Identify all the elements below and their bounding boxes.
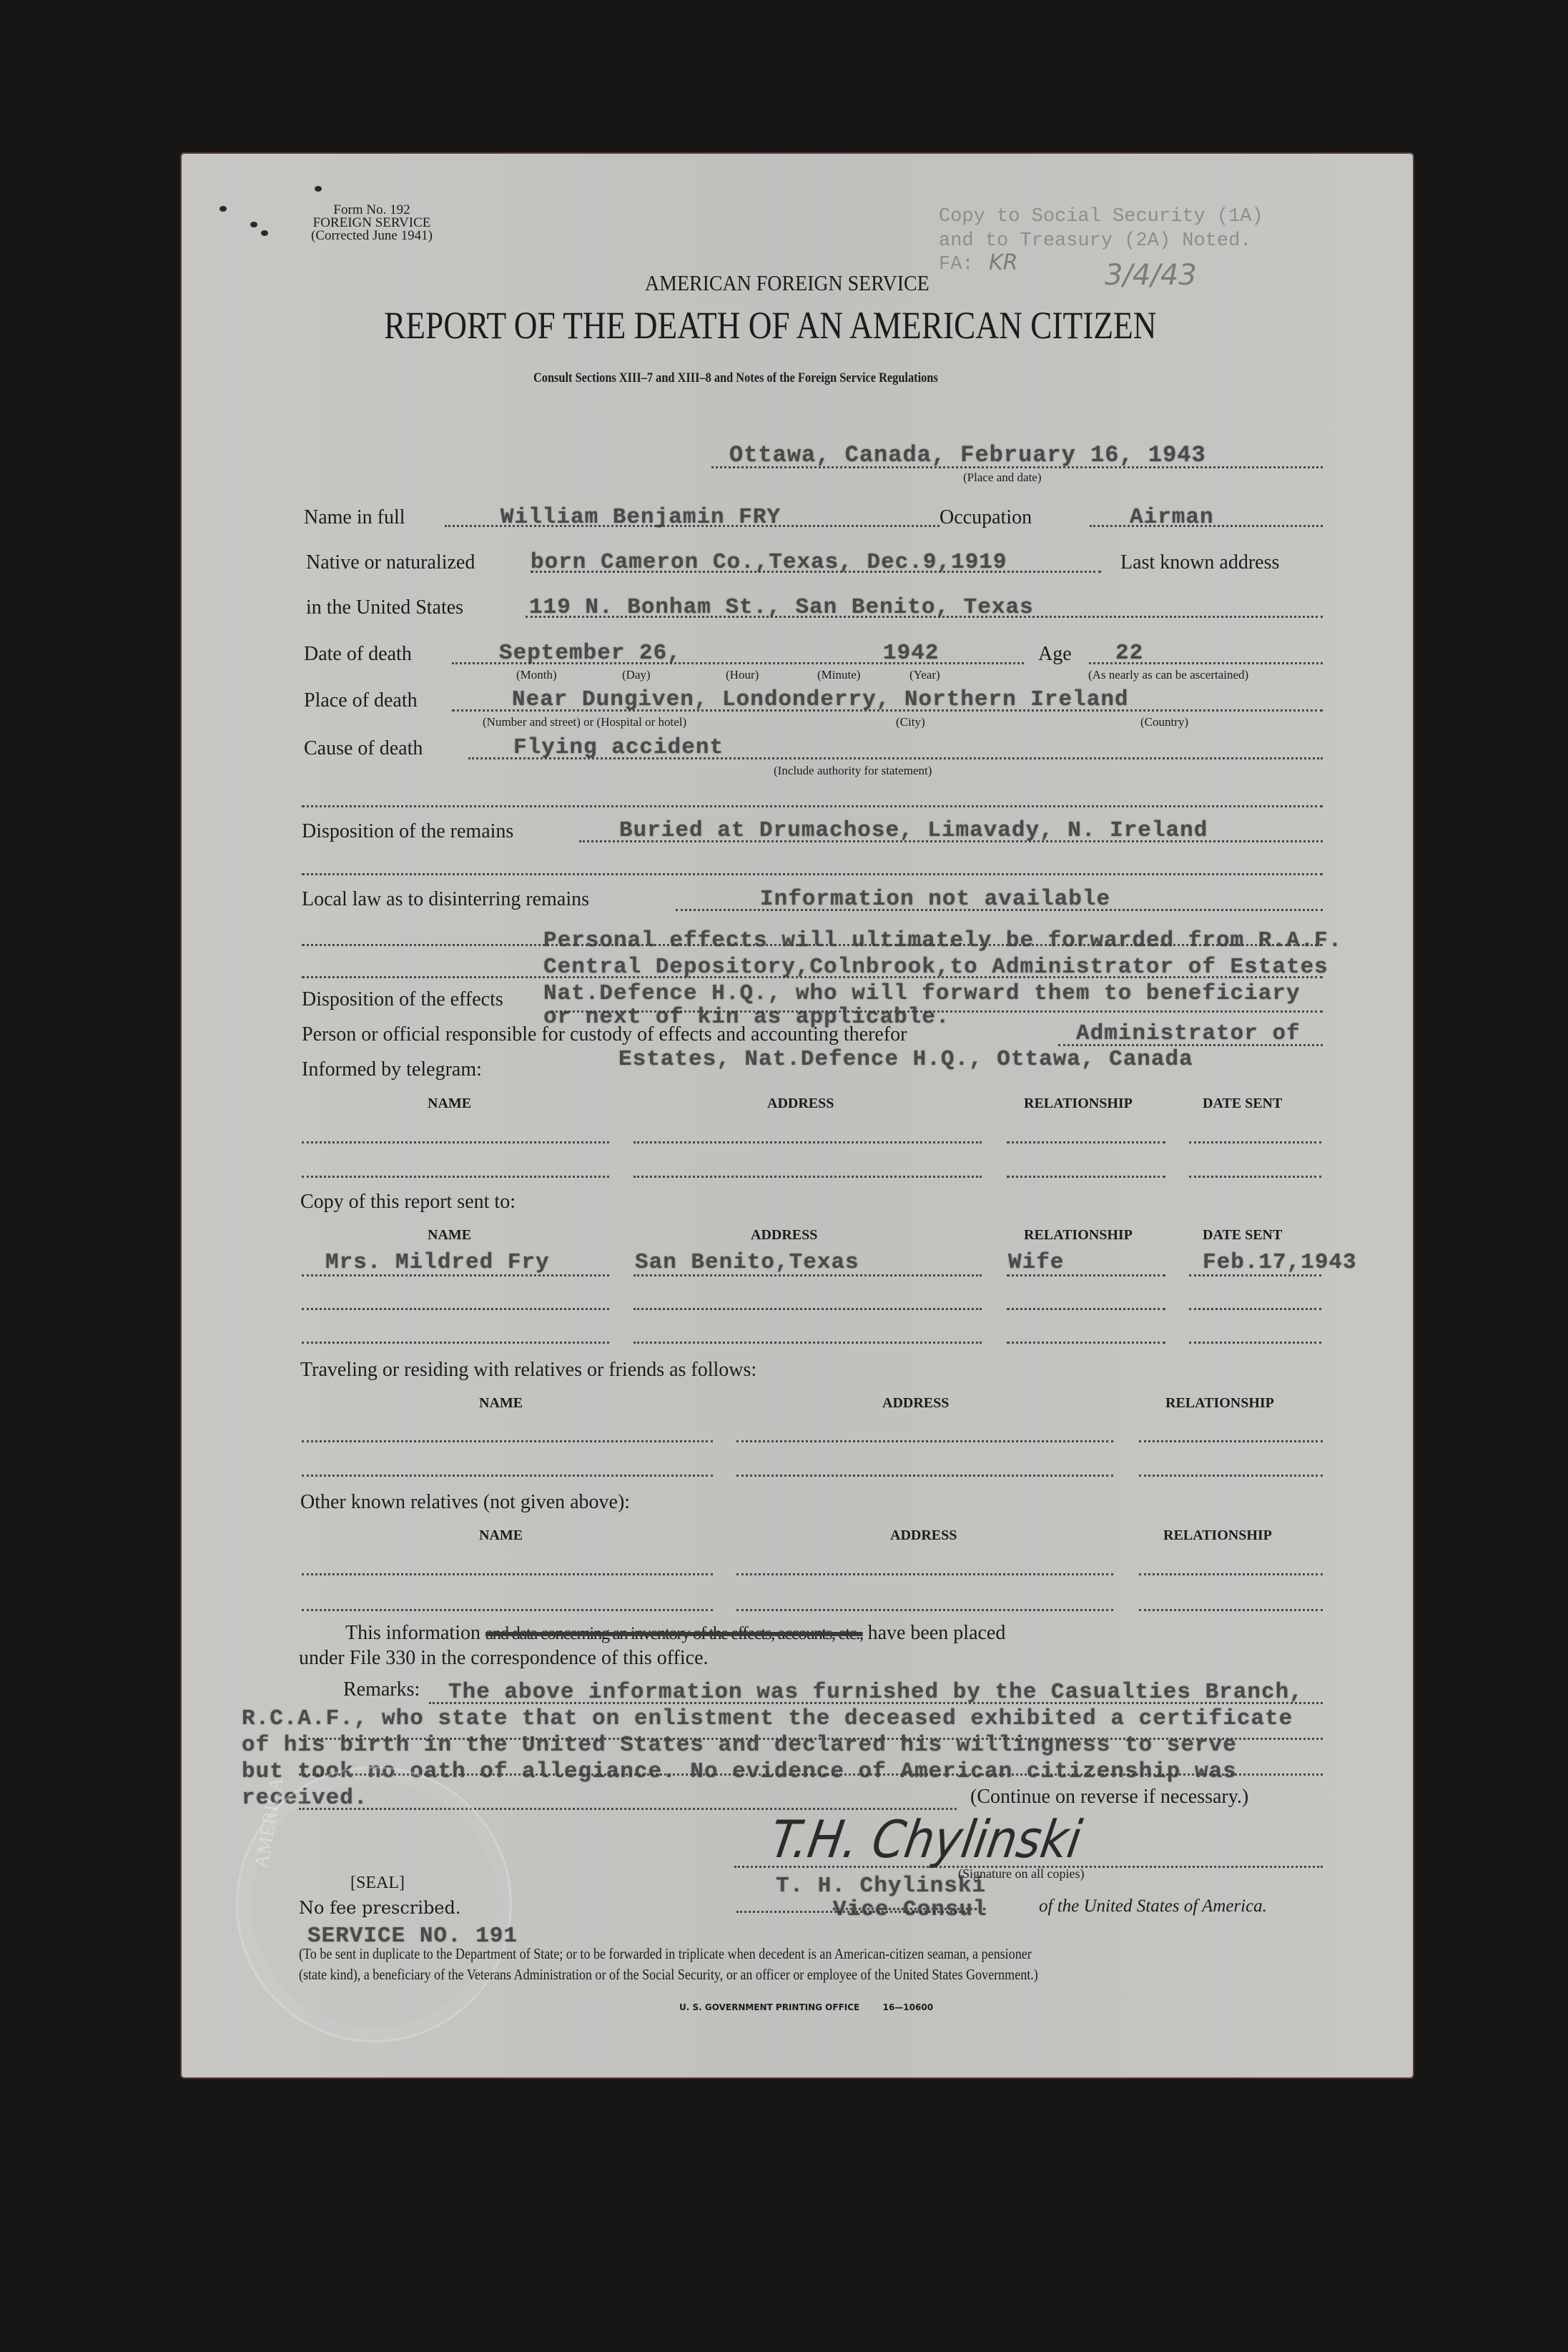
copy-row-2-date-line	[1189, 1308, 1321, 1310]
remains-line-2	[302, 873, 1323, 875]
remarks-text-3[interactable]: of his birth in the United States and de…	[242, 1733, 1237, 1758]
disinter-line	[676, 909, 1323, 911]
stamp-initials: KR	[989, 250, 1018, 275]
other-row-1-address	[736, 1573, 1113, 1575]
printer-name: U. S. GOVERNMENT PRINTING OFFICE	[679, 2002, 859, 2012]
traveling-col-relationship: RELATIONSHIP	[1165, 1395, 1274, 1412]
telegram-row-2-address	[633, 1176, 982, 1178]
cause-caption: (Include authority for statement)	[774, 764, 932, 778]
copy-row-date-sent[interactable]: Feb.17,1943	[1203, 1250, 1357, 1275]
copy-col-name: NAME	[428, 1227, 471, 1244]
telegram-row-1-relationship	[1007, 1141, 1165, 1143]
other-row-2-relationship	[1139, 1609, 1323, 1611]
traveling-row-1-name	[302, 1440, 713, 1442]
date-of-death-line	[452, 662, 1024, 664]
copy-col-relationship: RELATIONSHIP	[1024, 1227, 1133, 1244]
remarks-text-1[interactable]: The above information was furnished by t…	[448, 1680, 1303, 1705]
copy-row-3-date-line	[1189, 1342, 1321, 1344]
telegram-row-1-address	[633, 1141, 982, 1143]
file-note-struck: and data concerning an inventory of the …	[485, 1624, 863, 1643]
copy-row-relationship[interactable]: Wife	[1008, 1250, 1064, 1275]
cause-label: Cause of death	[304, 737, 423, 760]
file-note-prefix: This information	[345, 1622, 480, 1644]
other-row-2-name	[302, 1609, 713, 1611]
native-line	[531, 571, 1101, 573]
place-of-death-line	[452, 709, 1323, 712]
printer-code: 16—10600	[883, 2002, 933, 2012]
other-row-2-address	[736, 1609, 1113, 1611]
copy-row-2-relationship-line	[1007, 1308, 1165, 1310]
signature-typed-title: Vice Consul	[833, 1897, 987, 1922]
caption-year: (Year)	[909, 668, 940, 682]
custody-line	[1058, 1044, 1323, 1046]
traveling-label: Traveling or residing with relatives or …	[300, 1359, 756, 1382]
no-fee-note: No fee prescribed.	[299, 1898, 461, 1918]
signature-typed-name: T. H. Chylinski	[776, 1874, 986, 1899]
age-line	[1089, 662, 1323, 664]
traveling-row-2-relationship	[1139, 1475, 1323, 1477]
printer-line: U. S. GOVERNMENT PRINTING OFFICE 16—1060…	[679, 2002, 933, 2012]
instructions-line-1: (To be sent in duplicate to the Departme…	[299, 1945, 1032, 1963]
place-date-line	[711, 466, 1323, 468]
copy-row-name[interactable]: Mrs. Mildred Fry	[325, 1250, 550, 1275]
punch-mark	[261, 230, 268, 236]
traveling-col-address: ADDRESS	[882, 1395, 949, 1412]
form-corrected: (Corrected June 1941)	[307, 230, 436, 242]
punch-mark	[220, 206, 227, 212]
caption-city: (City)	[896, 715, 925, 729]
copy-col-address: ADDRESS	[751, 1227, 817, 1244]
stamp-date: 3/4/43	[1105, 259, 1197, 292]
telegram-col-relationship: RELATIONSHIP	[1024, 1096, 1133, 1112]
file-note-line-1: This information and data concerning an …	[345, 1622, 1005, 1645]
effects-value-2[interactable]: Central Depository,Colnbrook,to Administ…	[543, 955, 1328, 980]
traveling-row-2-name	[302, 1475, 713, 1477]
punch-mark	[315, 186, 322, 192]
in-us-label: in the United States	[306, 596, 463, 619]
remarks-label: Remarks:	[343, 1678, 420, 1701]
last-address-label: Last known address	[1120, 551, 1279, 574]
place-date-caption: (Place and date)	[963, 471, 1042, 485]
file-note-line-2: under File 330 in the correspondence of …	[299, 1647, 709, 1670]
agency-title: AMERICAN FOREIGN SERVICE	[645, 270, 930, 296]
caption-day: (Day)	[622, 668, 651, 682]
copy-row-1-date-line	[1189, 1274, 1321, 1276]
title-line	[736, 1911, 965, 1913]
other-relatives-label: Other known relatives (not given above):	[300, 1491, 630, 1514]
place-of-death-label: Place of death	[304, 689, 418, 712]
stamp-line-2: and to Treasury (2A) Noted.	[939, 230, 1251, 252]
other-row-1-relationship	[1139, 1573, 1323, 1575]
traveling-col-name: NAME	[479, 1395, 523, 1412]
telegram-col-name: NAME	[428, 1096, 471, 1112]
regulations-subtitle: Consult Sections XIII–7 and XIII–8 and N…	[533, 370, 938, 386]
native-label: Native or naturalized	[306, 551, 475, 574]
stamp-line-1: Copy to Social Security (1A)	[939, 206, 1263, 227]
other-col-relationship: RELATIONSHIP	[1163, 1527, 1272, 1544]
remains-label: Disposition of the remains	[302, 820, 513, 843]
traveling-row-1-address	[736, 1440, 1113, 1442]
form-number-block: Form No. 192 FOREIGN SERVICE (Corrected …	[307, 204, 436, 242]
caption-month: (Month)	[516, 668, 557, 682]
copy-row-3-relationship-line	[1007, 1342, 1165, 1344]
remains-value[interactable]: Buried at Drumachose, Limavady, N. Irela…	[619, 818, 1208, 843]
effects-value-1[interactable]: Personal effects will ultimately be forw…	[543, 928, 1342, 953]
caption-street: (Number and street) or (Hospital or hote…	[483, 715, 686, 729]
traveling-row-1-relationship	[1139, 1440, 1323, 1442]
telegram-row-2-date	[1189, 1176, 1321, 1178]
copy-col-date-sent: DATE SENT	[1203, 1227, 1282, 1244]
cause-value[interactable]: Flying accident	[513, 735, 724, 760]
telegram-label: Informed by telegram:	[302, 1058, 482, 1081]
custody-value-2[interactable]: Estates, Nat.Defence H.Q., Ottawa, Canad…	[618, 1047, 1193, 1072]
telegram-col-address: ADDRESS	[767, 1096, 834, 1112]
name-label: Name in full	[304, 506, 405, 529]
place-of-death-value[interactable]: Near Dungiven, Londonderry, Northern Ire…	[512, 687, 1129, 712]
copy-row-3-address-line	[633, 1342, 982, 1344]
continue-note: (Continue on reverse if necessary.)	[970, 1786, 1248, 1809]
other-row-1-name	[302, 1573, 713, 1575]
custody-label: Person or official responsible for custo…	[302, 1023, 907, 1046]
disinter-label: Local law as to disinterring remains	[302, 888, 589, 911]
caption-age-note: (As nearly as can be ascertained)	[1088, 668, 1248, 682]
custody-value-1[interactable]: Administrator of	[1076, 1021, 1301, 1046]
telegram-col-date-sent: DATE SENT	[1203, 1096, 1282, 1112]
copy-row-address[interactable]: San Benito,Texas	[635, 1250, 859, 1275]
place-date-value: Ottawa, Canada, February 16, 1943	[729, 442, 1206, 468]
instructions-line-2: (state kind), a beneficiary of the Veter…	[299, 1966, 1038, 1984]
file-note-suffix: have been placed	[868, 1622, 1006, 1644]
caption-hour: (Hour)	[726, 668, 759, 682]
caption-country: (Country)	[1140, 715, 1188, 729]
traveling-row-2-address	[736, 1475, 1113, 1477]
disinter-value[interactable]: Information not available	[760, 887, 1110, 912]
remarks-text-2[interactable]: R.C.A.F., who state that on enlistment t…	[242, 1706, 1293, 1731]
telegram-row-1-date	[1189, 1141, 1321, 1143]
copy-row-1-relationship-line	[1007, 1274, 1165, 1276]
of-united-states: of the United States of America.	[1039, 1896, 1267, 1916]
stamp-line-3: FA:	[939, 254, 974, 275]
cause-line-2	[302, 805, 1323, 807]
effects-value-3[interactable]: Nat.Defence H.Q., who will forward them …	[543, 981, 1301, 1006]
cause-line	[468, 757, 1323, 759]
caption-minute: (Minute)	[817, 668, 860, 682]
effects-label: Disposition of the effects	[302, 988, 503, 1011]
copy-sent-label: Copy of this report sent to:	[300, 1191, 516, 1214]
copy-row-1-address-line	[633, 1274, 982, 1276]
telegram-row-1-name	[302, 1141, 609, 1143]
telegram-row-2-name	[302, 1176, 609, 1178]
occupation-line	[1090, 525, 1323, 527]
copy-row-3-name-line	[302, 1342, 609, 1344]
signature-script: T.H. Chylinski	[766, 1809, 1086, 1869]
telegram-row-2-relationship	[1007, 1176, 1165, 1178]
copy-row-2-address-line	[633, 1308, 982, 1310]
occupation-label: Occupation	[940, 506, 1032, 529]
punch-mark	[250, 222, 257, 227]
page-title: REPORT OF THE DEATH OF AN AMERICAN CITIZ…	[384, 303, 1157, 348]
other-col-address: ADDRESS	[890, 1527, 957, 1544]
copy-row-2-name-line	[302, 1308, 609, 1310]
address-line	[526, 616, 1323, 618]
other-col-name: NAME	[479, 1527, 523, 1544]
remains-line	[579, 840, 1323, 842]
age-label: Age	[1038, 643, 1072, 666]
date-of-death-label: Date of death	[304, 643, 412, 666]
name-line	[445, 525, 940, 527]
seal-label: [SEAL]	[350, 1874, 405, 1893]
copy-row-1-name-line	[302, 1274, 609, 1276]
